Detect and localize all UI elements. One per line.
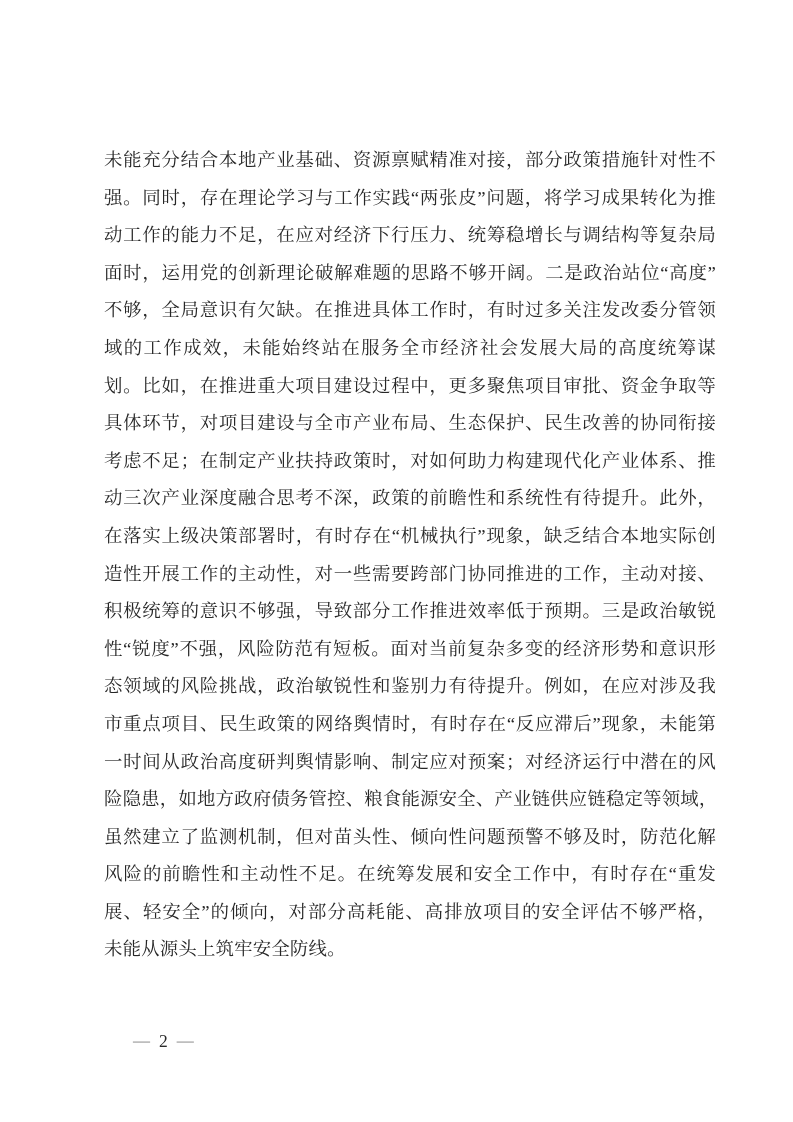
text-line: 未能从源头上筑牢安全防线。: [104, 931, 716, 969]
text-line: 造性开展工作的主动性，对一些需要跨部门协同推进的工作，主动对接、: [104, 556, 716, 594]
text-line: 积极统筹的意识不够强，导致部分工作推进效率低于预期。三是政治敏锐: [104, 593, 716, 631]
document-page: 未能充分结合本地产业基础、资源禀赋精准对接，部分政策措施针对性不 强。同时，存在…: [0, 0, 793, 1122]
text-line: 市重点项目、民生政策的网络舆情时，有时存在“反应滞后”现象，未能第: [104, 706, 716, 744]
text-line: 考虑不足；在制定产业扶持政策时，对如何助力构建现代化产业体系、推: [104, 443, 716, 481]
text-line: 未能充分结合本地产业基础、资源禀赋精准对接，部分政策措施针对性不: [104, 142, 716, 180]
page-number: 2: [159, 1029, 168, 1053]
footer-dash-left: —: [133, 1029, 150, 1053]
text-line: 动工作的能力不足，在应对经济下行压力、统筹稳增长与调结构等复杂局: [104, 217, 716, 255]
text-line: 划。比如，在推进重大项目建设过程中，更多聚焦项目审批、资金争取等: [104, 368, 716, 406]
text-line: 具体环节，对项目建设与全市产业布局、生态保护、民生改善的协同衔接: [104, 405, 716, 443]
page-footer: — 2 —: [133, 1029, 194, 1053]
text-line: 强。同时，存在理论学习与工作实践“两张皮”问题，将学习成果转化为推: [104, 180, 716, 218]
text-line: 域的工作成效，未能始终站在服务全市经济社会发展大局的高度统筹谋: [104, 330, 716, 368]
text-line: 风险的前瞻性和主动性不足。在统筹发展和安全工作中，有时存在“重发: [104, 856, 716, 894]
text-line: 在落实上级决策部署时，有时存在“机械执行”现象，缺乏结合本地实际创: [104, 518, 716, 556]
footer-dash-right: —: [177, 1029, 194, 1053]
text-line: 不够，全局意识有欠缺。在推进具体工作时，有时过多关注发改委分管领: [104, 292, 716, 330]
text-line: 一时间从政治高度研判舆情影响、制定应对预案；对经济运行中潜在的风: [104, 744, 716, 782]
text-line: 动三次产业深度融合思考不深，政策的前瞻性和系统性有待提升。此外，: [104, 480, 716, 518]
text-line: 虽然建立了监测机制，但对苗头性、倾向性问题预警不够及时，防范化解: [104, 819, 716, 857]
text-line: 展、轻安全”的倾向，对部分高耗能、高排放项目的安全评估不够严格，: [104, 894, 716, 932]
text-line: 险隐患，如地方政府债务管控、粮食能源安全、产业链供应链稳定等领域，: [104, 781, 716, 819]
text-line: 性“锐度”不强，风险防范有短板。面对当前复杂多变的经济形势和意识形: [104, 631, 716, 669]
body-text-block: 未能充分结合本地产业基础、资源禀赋精准对接，部分政策措施针对性不 强。同时，存在…: [104, 142, 716, 969]
text-line: 态领域的风险挑战，政治敏锐性和鉴别力有待提升。例如，在应对涉及我: [104, 668, 716, 706]
text-line: 面时，运用党的创新理论破解难题的思路不够开阔。二是政治站位“高度”: [104, 255, 716, 293]
